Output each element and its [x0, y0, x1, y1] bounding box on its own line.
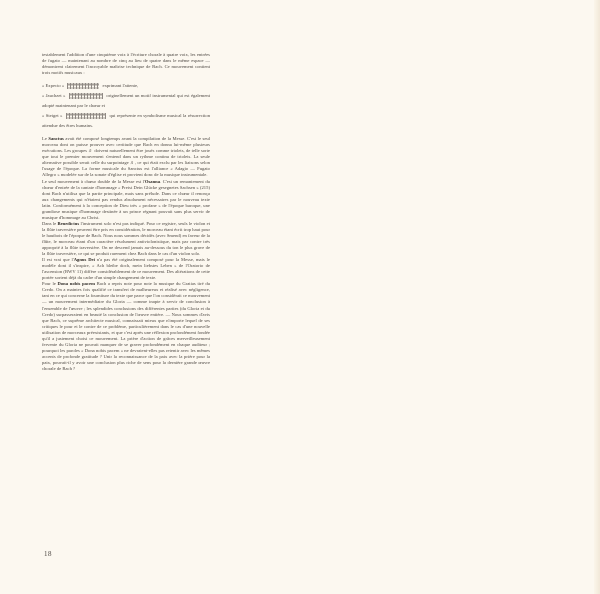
- paragraph-dona-nobis-pacem: Pour le Dona nobis pacem Bach a repris n…: [42, 281, 210, 372]
- intro-paragraph: testablement l'addition d'une cinquième …: [42, 52, 210, 76]
- motif-label: « Steiget »: [42, 113, 62, 118]
- section-heading: Agnus Dei: [74, 257, 95, 262]
- motif-list: « Expecto » exprimant l'attente, « Jauch…: [42, 81, 210, 131]
- paragraph-benedictus: Dans le Benedictus l'instrument solo n'e…: [42, 221, 210, 257]
- motif-expecto: « Expecto » exprimant l'attente,: [42, 81, 210, 91]
- motif-label: « Expecto »: [42, 83, 64, 88]
- text: l'instrument solo n'est pas indiqué. Pou…: [42, 221, 210, 256]
- motif-text: exprimant l'attente,: [103, 83, 139, 88]
- section-heading: Sanctus: [48, 136, 63, 141]
- text: Le seul mouvement à chœur double de la M…: [42, 179, 145, 184]
- musical-notation-icon: [69, 93, 103, 99]
- motif-jauchzet: « Jauchzet » originellement un motif ins…: [42, 91, 210, 111]
- text: Bach a repris note pour note la musique …: [42, 281, 210, 371]
- motif-label: « Jauchzet »: [42, 93, 65, 98]
- page-number: 18: [44, 550, 52, 558]
- motif-text: originellement un motif instrumental qui…: [42, 93, 210, 108]
- text: . C'est un remaniement du chœur d'entrée…: [42, 179, 210, 220]
- text-column: testablement l'addition d'une cinquième …: [42, 52, 210, 372]
- paragraph-osanna: Le seul mouvement à chœur double de la M…: [42, 179, 210, 221]
- paragraph-sanctus: Le Sanctus avait été composé longtemps a…: [42, 136, 210, 178]
- motif-steiget: « Steiget » qui représente en symbolisme…: [42, 111, 210, 131]
- section-heading: Dona nobis pacem: [58, 281, 95, 286]
- text: Dans le: [42, 221, 58, 226]
- text: avait été composé longtemps avant la com…: [42, 136, 210, 177]
- text: Il est vrai que l': [42, 257, 74, 262]
- page-edge: [594, 0, 600, 594]
- musical-notation-icon: [66, 113, 106, 119]
- section-heading: Benedictus: [58, 221, 80, 226]
- text: Pour le: [42, 281, 58, 286]
- musical-notation-icon: [67, 83, 99, 89]
- paragraph-agnus-dei: Il est vrai que l'Agnus Dei n'a pas été …: [42, 257, 210, 281]
- section-heading: Osanna: [145, 179, 160, 184]
